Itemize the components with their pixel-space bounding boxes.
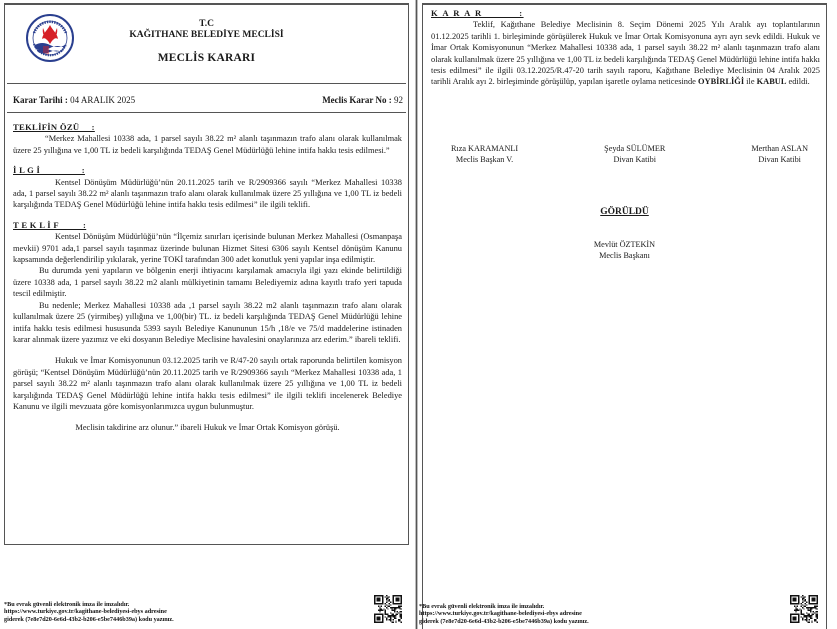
signatory: Merthan ASLAN Divan Katibi — [751, 143, 808, 165]
mayor-signature: Mevlüt ÖZTEKİN Meclis Başkanı — [423, 239, 826, 261]
signatory: Şeyda SÜLÜMER Divan Katibi — [604, 143, 665, 165]
section-heading-ilgi: İ L G İ : — [13, 165, 402, 176]
seen-approval-heading: GÖRÜLDÜ — [423, 207, 826, 217]
teklif-paragraph: Kentsel Dönüşüm Müdürlüğü’nün “İlçemiz s… — [13, 231, 402, 265]
teklif-paragraph: Bu nedenle; Merkez Mahallesi 10338 ada ,… — [13, 300, 402, 346]
e-signature-url[interactable]: https://www.turkiye.gov.tr/kagithane-bel… — [4, 608, 174, 615]
section-text-ozu: “Merkez Mahallesi 10338 ada, 1 parsel sa… — [13, 133, 402, 156]
signatory-role: Divan Katibi — [751, 154, 808, 165]
section-heading-ozu: TEKLİFİN ÖZÜ : — [13, 122, 402, 133]
page-title: MECLİS KARARI — [7, 52, 406, 64]
document-page-2: K A R A R : Teklif, Kağıthane Belediye M… — [418, 0, 837, 629]
decision-meta: Karar Tarihi : 04 ARALIK 2025 Meclis Kar… — [5, 84, 408, 112]
signatories: Rıza KARAMANLI Meclis Başkan V. Şeyda SÜ… — [423, 143, 826, 165]
resolution-accepted: KABUL — [757, 77, 787, 86]
decision-frame: T.C KAĞITHANE BELEDİYE MECLİSİ MECLİS KA… — [4, 3, 409, 545]
section-text-ilgi: Kentsel Dönüşüm Müdürlüğü’nün 20.11.2025… — [13, 177, 402, 211]
decision-resolution: K A R A R : Teklif, Kağıthane Belediye M… — [423, 5, 826, 88]
signatory: Rıza KARAMANLI Meclis Başkan V. — [451, 143, 518, 165]
resolution-text: Teklif, Kağıthane Belediye Meclisinin 8.… — [431, 19, 820, 87]
e-signature-note: *Bu evrak güvenli elektronik imza ile im… — [419, 603, 589, 625]
qr-code-icon — [374, 595, 402, 623]
resolution-connector: ile — [744, 77, 757, 86]
e-signature-url[interactable]: https://www.turkiye.gov.tr/kagithane-bel… — [419, 610, 589, 617]
decision-body: TEKLİFİN ÖZÜ : “Merkez Mahallesi 10338 a… — [5, 122, 408, 434]
document-page-1: T.C KAĞITHANE BELEDİYE MECLİSİ MECLİS KA… — [0, 0, 416, 629]
decision-date-value: 04 ARALIK 2025 — [68, 95, 135, 105]
e-signature-code: giderek (7e8e7d20-6e6d-43b2-b206-e5be744… — [4, 616, 174, 623]
commission-opinion: Hukuk ve İmar Komisyonunun 03.12.2025 ta… — [13, 355, 402, 412]
divider — [7, 112, 406, 113]
header-organization: KAĞITHANE BELEDİYE MECLİSİ — [7, 30, 406, 41]
e-signature-code: giderek (7e8e7d20-6e6d-43b2-b206-e5be744… — [419, 618, 589, 625]
signatory-role: Divan Katibi — [604, 154, 665, 165]
signatory-name: Şeyda SÜLÜMER — [604, 143, 665, 154]
e-signature-line: *Bu evrak güvenli elektronik imza ile im… — [419, 603, 589, 610]
qr-code-icon — [790, 595, 818, 623]
document-header: T.C KAĞITHANE BELEDİYE MECLİSİ MECLİS KA… — [7, 5, 406, 84]
signatory-name: Rıza KARAMANLI — [451, 143, 518, 154]
mayor-name: Mevlüt ÖZTEKİN — [423, 239, 826, 250]
commission-closing: Meclisin takdirine arz olunur.” ibareli … — [13, 422, 402, 433]
decision-date-label: Karar Tarihi : — [13, 95, 68, 105]
decision-number-value: 92 — [392, 95, 403, 105]
e-signature-line: *Bu evrak güvenli elektronik imza ile im… — [4, 601, 174, 608]
section-heading-karar: K A R A R : — [431, 8, 820, 19]
resolution-end: edildi. — [786, 77, 809, 86]
signatory-role: Meclis Başkan V. — [451, 154, 518, 165]
mayor-role: Meclis Başkanı — [423, 250, 826, 261]
signatory-name: Merthan ASLAN — [751, 143, 808, 154]
header-tc: T.C — [7, 19, 406, 30]
decision-number: Meclis Karar No : 92 — [322, 95, 403, 105]
decision-date: Karar Tarihi : 04 ARALIK 2025 — [13, 95, 135, 105]
e-signature-note: *Bu evrak güvenli elektronik imza ile im… — [4, 601, 174, 623]
decision-frame-continued: K A R A R : Teklif, Kağıthane Belediye M… — [422, 3, 827, 629]
teklif-paragraph: Bu durumda yeni yapıların ve bölgenin en… — [13, 265, 402, 299]
section-heading-teklif: T E K L İ F : — [13, 220, 402, 231]
decision-number-label: Meclis Karar No : — [322, 95, 392, 105]
resolution-unanimous: OYBİRLİĞİ — [698, 77, 744, 86]
